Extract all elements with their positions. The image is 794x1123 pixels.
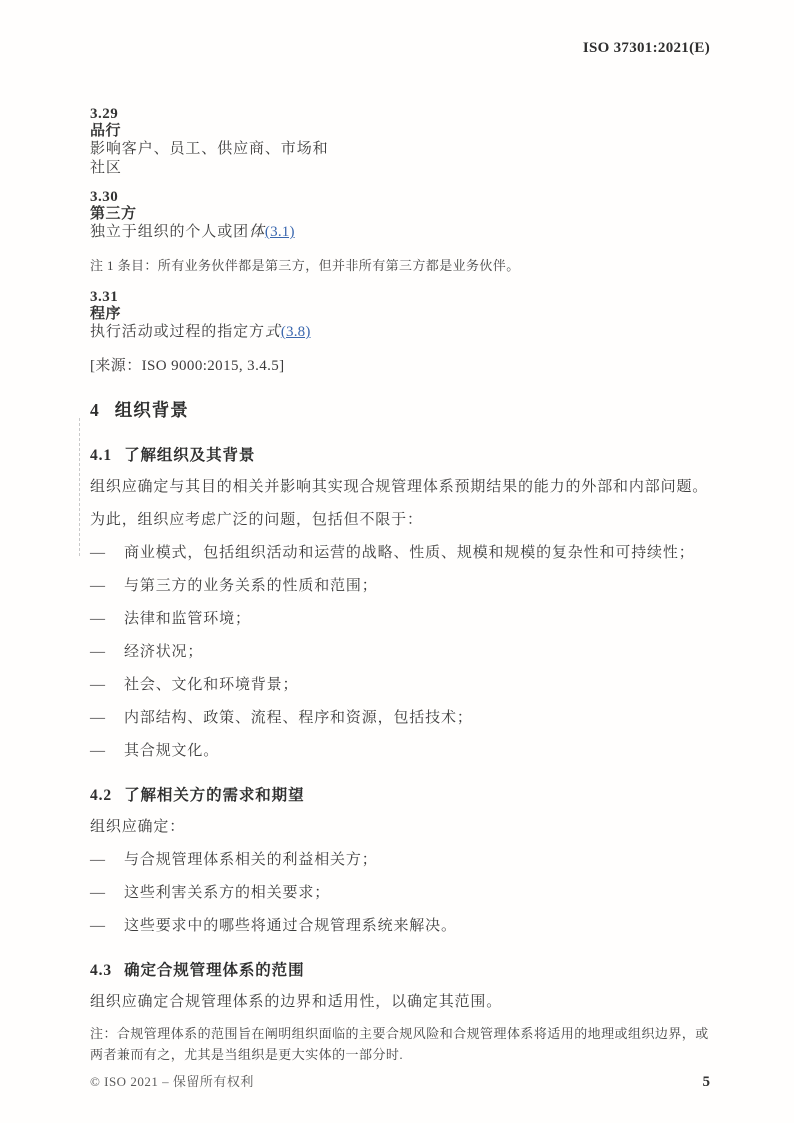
clause-4-heading: 4组织背景 bbox=[90, 397, 712, 422]
doc-header-id: ISO 37301:2021(E) bbox=[583, 40, 710, 57]
list-item: —这些利害关系方的相关要求； bbox=[90, 883, 712, 904]
paragraph: 组织应确定与其目的相关并影响其实现合规管理体系预期结果的能力的外部和内部问题。 bbox=[90, 477, 712, 498]
page-content: 3.29 品行 影响客户、员工、供应商、市场和 社区 3.30 第三方 独立于组… bbox=[90, 106, 712, 1065]
definition-term: 第三方 bbox=[90, 206, 712, 223]
list-item-text: 这些要求中的哪些将通过合规管理系统来解决。 bbox=[124, 916, 457, 937]
subclause-4-3-heading: 4.3确定合规管理体系的范围 bbox=[90, 958, 712, 980]
clause-number: 4 bbox=[90, 400, 100, 420]
subclause-number: 4.3 bbox=[90, 962, 112, 979]
subclause-title: 确定合规管理体系的范围 bbox=[124, 962, 304, 979]
definition-text: 独立于组织的个人或团体(3.1) bbox=[90, 223, 712, 242]
dash-bullet: — bbox=[90, 916, 124, 937]
dash-bullet: — bbox=[90, 576, 124, 597]
definition-number: 3.29 bbox=[90, 106, 712, 123]
definition-text: 影响客户、员工、供应商、市场和 社区 bbox=[90, 140, 712, 178]
page-number: 5 bbox=[703, 1074, 711, 1091]
definition-number: 3.31 bbox=[90, 289, 712, 306]
list-item-text: 法律和监管环境； bbox=[124, 609, 251, 630]
definition-text-plain: 独立于组织的个人或团 bbox=[90, 224, 249, 240]
dash-bullet: — bbox=[90, 543, 124, 564]
copyright-notice: © ISO 2021 – 保留所有权利 bbox=[90, 1071, 254, 1090]
clause-note: 注：合规管理体系的范围旨在阐明组织面临的主要合规风险和合规管理体系将适用的地理或… bbox=[90, 1023, 712, 1065]
term-reference-link-3-8[interactable]: (3.8) bbox=[281, 324, 311, 340]
list-item: —商业模式，包括组织活动和运营的战略、性质、规模和规模的复杂性和可持续性； bbox=[90, 543, 712, 564]
subclause-number: 4.2 bbox=[90, 787, 112, 804]
list-item: —社会、文化和环境背景； bbox=[90, 675, 712, 696]
clause-title: 组织背景 bbox=[115, 400, 189, 420]
subclause-4-2-heading: 4.2了解相关方的需求和期望 bbox=[90, 783, 712, 805]
revision-change-bar bbox=[79, 418, 80, 556]
subclause-number: 4.1 bbox=[90, 447, 112, 464]
list-item-text: 社会、文化和环境背景； bbox=[124, 675, 298, 696]
dash-bullet: — bbox=[90, 675, 124, 696]
list-item-text: 这些利害关系方的相关要求； bbox=[124, 883, 330, 904]
definition-text-plain: 执行活动或过程的指定方 bbox=[90, 324, 265, 340]
definition-number: 3.30 bbox=[90, 189, 712, 206]
definition-term: 品行 bbox=[90, 123, 712, 140]
definition-text-italic: 体 bbox=[249, 224, 265, 240]
list-item-text: 经济状况； bbox=[124, 642, 203, 663]
paragraph: 组织应确定合规管理体系的边界和适用性，以确定其范围。 bbox=[90, 992, 712, 1013]
paragraph: 组织应确定： bbox=[90, 817, 712, 838]
list-item: —内部结构、政策、流程、程序和资源，包括技术； bbox=[90, 708, 712, 729]
page-footer: © ISO 2021 – 保留所有权利 5 bbox=[90, 1071, 710, 1091]
dash-bullet: — bbox=[90, 741, 124, 762]
dash-bullet: — bbox=[90, 642, 124, 663]
definition-text: 执行活动或过程的指定方式(3.8) bbox=[90, 323, 712, 342]
definition-text-italic: 式 bbox=[265, 324, 281, 340]
definition-3-31: 3.31 程序 执行活动或过程的指定方式(3.8) [来源：ISO 9000:2… bbox=[90, 289, 712, 375]
list-item: —这些要求中的哪些将通过合规管理系统来解决。 bbox=[90, 916, 712, 937]
list-item-text: 商业模式，包括组织活动和运营的战略、性质、规模和规模的复杂性和可持续性； bbox=[124, 543, 695, 564]
subclause-title: 了解组织及其背景 bbox=[124, 447, 255, 464]
list-item: —经济状况； bbox=[90, 642, 712, 663]
list-item-text: 内部结构、政策、流程、程序和资源，包括技术； bbox=[124, 708, 473, 729]
list-item: —与第三方的业务关系的性质和范围； bbox=[90, 576, 712, 597]
list-item-text: 与合规管理体系相关的利益相关方； bbox=[124, 850, 378, 871]
definition-3-30: 3.30 第三方 独立于组织的个人或团体(3.1) 注 1 条目：所有业务伙伴都… bbox=[90, 189, 712, 274]
list-item-text: 与第三方的业务关系的性质和范围； bbox=[124, 576, 378, 597]
source-citation: [来源：ISO 9000:2015, 3.4.5] bbox=[90, 354, 712, 375]
definition-term: 程序 bbox=[90, 306, 712, 323]
dash-bullet: — bbox=[90, 708, 124, 729]
subclause-4-1-heading: 4.1了解组织及其背景 bbox=[90, 443, 712, 465]
dash-bullet: — bbox=[90, 883, 124, 904]
dash-bullet: — bbox=[90, 609, 124, 630]
dash-bullet: — bbox=[90, 850, 124, 871]
subclause-title: 了解相关方的需求和期望 bbox=[124, 787, 304, 804]
document-page: ISO 37301:2021(E) 3.29 品行 影响客户、员工、供应商、市场… bbox=[0, 0, 794, 1123]
entry-note: 注 1 条目：所有业务伙伴都是第三方，但并非所有第三方都是业务伙伴。 bbox=[90, 258, 712, 274]
list-item-text: 其合规文化。 bbox=[124, 741, 219, 762]
definition-3-29: 3.29 品行 影响客户、员工、供应商、市场和 社区 bbox=[90, 106, 712, 178]
paragraph: 为此，组织应考虑广泛的问题，包括但不限于： bbox=[90, 510, 712, 531]
term-reference-link-3-1[interactable]: (3.1) bbox=[265, 224, 295, 240]
list-item: —法律和监管环境； bbox=[90, 609, 712, 630]
list-item: —其合规文化。 bbox=[90, 741, 712, 762]
list-item: —与合规管理体系相关的利益相关方； bbox=[90, 850, 712, 871]
